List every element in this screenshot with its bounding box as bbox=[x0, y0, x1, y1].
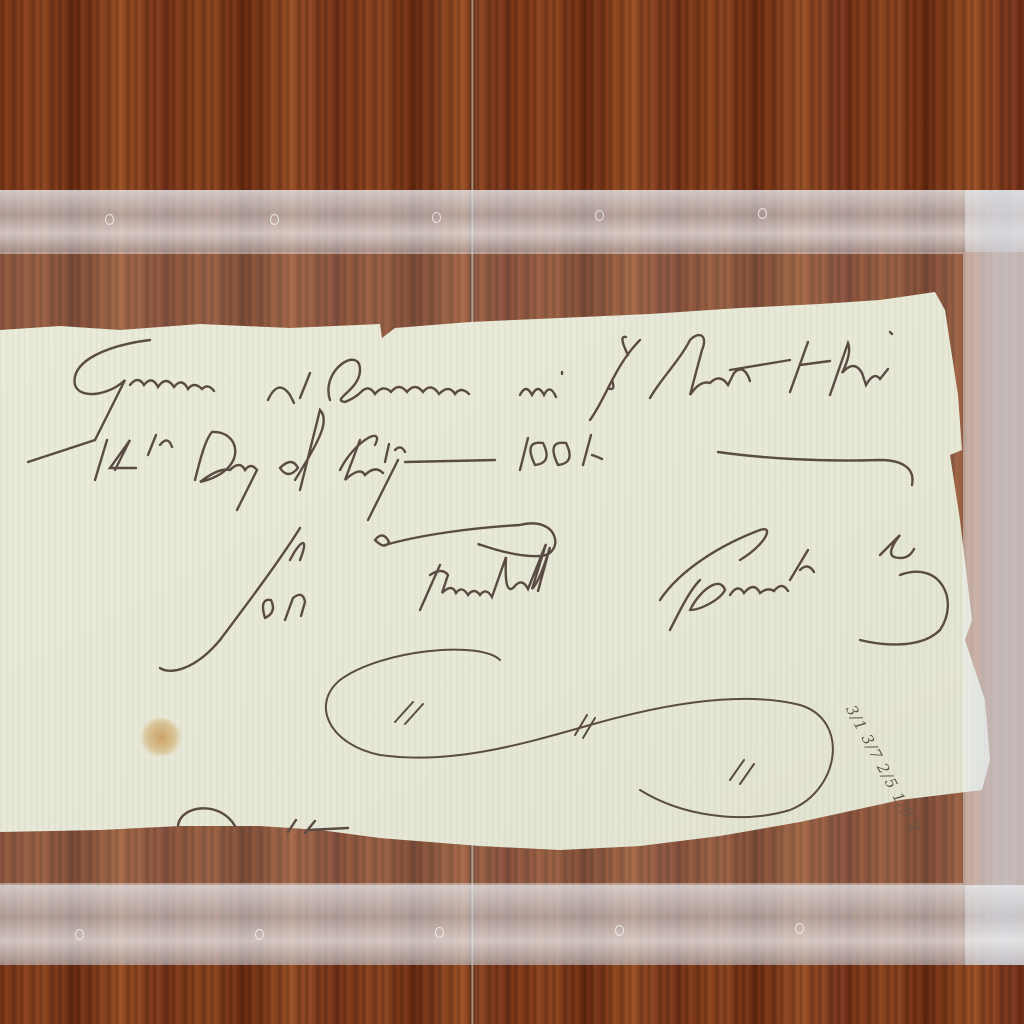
holder-notch bbox=[255, 929, 264, 940]
holder-notch bbox=[270, 214, 279, 225]
holder-notch bbox=[105, 214, 114, 225]
holder-document-well bbox=[0, 252, 965, 885]
holder-right-rail bbox=[965, 190, 1024, 965]
holder-notch bbox=[758, 208, 767, 219]
holder-notch bbox=[595, 210, 604, 221]
holder-notch bbox=[795, 923, 804, 934]
holder-top-rail bbox=[0, 190, 1024, 252]
holder-notch bbox=[435, 927, 444, 938]
holder-notch bbox=[615, 925, 624, 936]
holder-bottom-rail bbox=[0, 885, 1024, 965]
holder-notch bbox=[432, 212, 441, 223]
holder-notch bbox=[75, 929, 84, 940]
plastic-slab-holder bbox=[0, 190, 1024, 965]
